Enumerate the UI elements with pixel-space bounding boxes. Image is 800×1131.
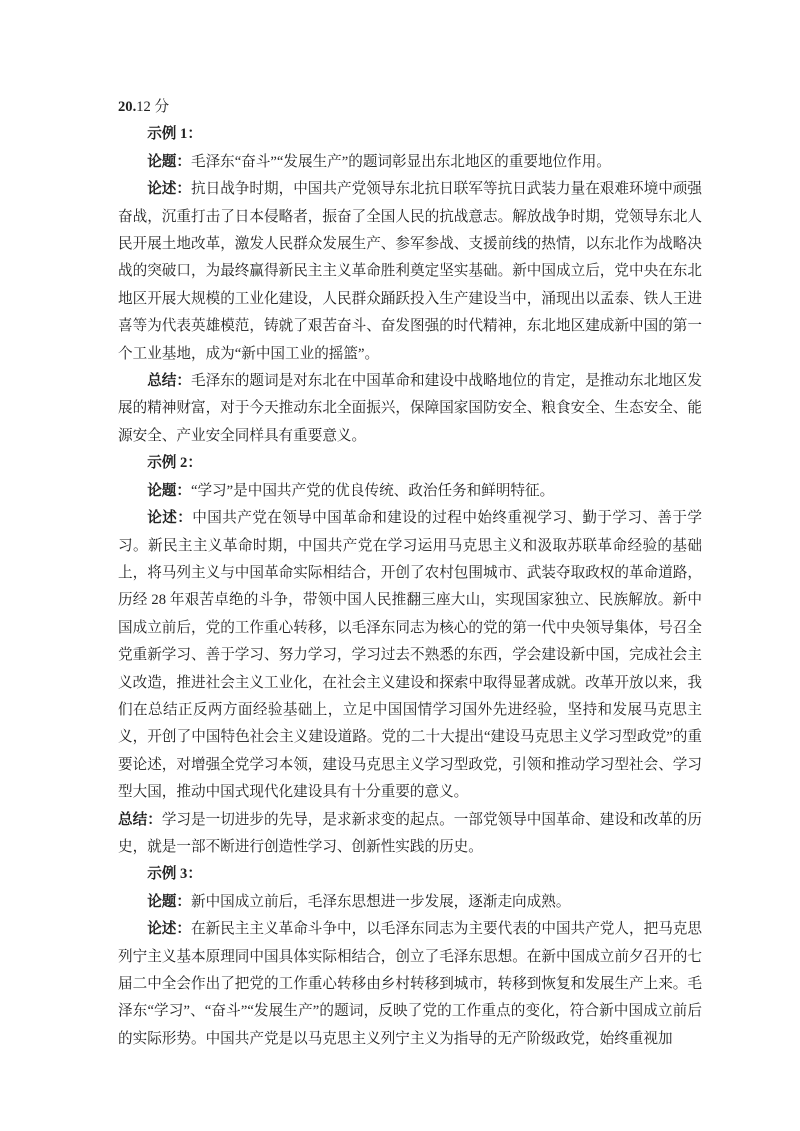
example-1-summary: 总结：毛泽东的题词是对东北在中国革命和建设中战略地位的肯定，是推动东北地区发展的… bbox=[118, 368, 702, 450]
example-1-summary-label: 总结： bbox=[147, 373, 191, 389]
question-number: 20. bbox=[118, 99, 136, 115]
question-header: 20.12 分 bbox=[118, 94, 702, 121]
example-2-discussion-label: 论述： bbox=[147, 510, 192, 526]
example-3-thesis-text: 新中国成立前后，毛泽东思想进一步发展，逐渐走向成熟。 bbox=[191, 894, 570, 910]
example-2-discussion-text: 中国共产党在领导中国革命和建设的过程中始终重视学习、勤于学习、善于学习。新民主主… bbox=[118, 510, 702, 800]
example-1-heading: 示例 1： bbox=[118, 121, 702, 148]
example-2-heading: 示例 2： bbox=[118, 450, 702, 477]
example-3-discussion: 论述：在新民主主义革命斗争中，以毛泽东同志为主要代表的中国共产党人，把马克思列宁… bbox=[118, 916, 702, 1053]
example-3-discussion-text: 在新民主主义革命斗争中，以毛泽东同志为主要代表的中国共产党人，把马克思列宁主义基… bbox=[118, 921, 702, 1047]
example-1-thesis-label: 论题： bbox=[147, 154, 191, 170]
example-1-summary-text: 毛泽东的题词是对东北在中国革命和建设中战略地位的肯定，是推动东北地区发展的精神财… bbox=[118, 373, 702, 444]
example-1-discussion-label: 论述： bbox=[147, 181, 191, 197]
example-1-label: 示例 1： bbox=[147, 126, 202, 142]
example-2-summary: 总结：学习是一切进步的先导，是求新求变的起点。一部党领导中国革命、建设和改革的历… bbox=[118, 807, 702, 862]
document-page: 20.12 分 示例 1： 论题：毛泽东“奋斗”“发展生产”的题词彰显出东北地区… bbox=[0, 0, 800, 1131]
example-2-thesis-text: “学习”是中国共产党的优良传统、政治任务和鲜明特征。 bbox=[191, 483, 554, 499]
example-3-heading: 示例 3： bbox=[118, 861, 702, 888]
example-3-thesis: 论题：新中国成立前后，毛泽东思想进一步发展，逐渐走向成熟。 bbox=[118, 889, 702, 916]
question-score: 12 分 bbox=[136, 99, 169, 115]
example-3-thesis-label: 论题： bbox=[147, 894, 191, 910]
example-2-discussion: 论述：中国共产党在领导中国革命和建设的过程中始终重视学习、勤于学习、善于学习。新… bbox=[118, 505, 702, 806]
example-3-label: 示例 3： bbox=[147, 866, 202, 882]
example-1-discussion: 论述：抗日战争时期，中国共产党领导东北抗日联军等抗日武装力量在艰难环境中顽强奋战… bbox=[118, 176, 702, 368]
example-1-thesis-text: 毛泽东“奋斗”“发展生产”的题词彰显出东北地区的重要地位作用。 bbox=[191, 154, 611, 170]
example-2-thesis-label: 论题： bbox=[147, 483, 191, 499]
example-2-thesis: 论题：“学习”是中国共产党的优良传统、政治任务和鲜明特征。 bbox=[118, 478, 702, 505]
example-2-summary-text: 学习是一切进步的先导，是求新求变的起点。一部党领导中国革命、建设和改革的历史，就… bbox=[118, 812, 702, 855]
example-1-thesis: 论题：毛泽东“奋斗”“发展生产”的题词彰显出东北地区的重要地位作用。 bbox=[118, 149, 702, 176]
document-content: 20.12 分 示例 1： 论题：毛泽东“奋斗”“发展生产”的题词彰显出东北地区… bbox=[118, 94, 702, 1053]
example-1-discussion-text: 抗日战争时期，中国共产党领导东北抗日联军等抗日武装力量在艰难环境中顽强奋战，沉重… bbox=[118, 181, 702, 361]
example-2-summary-label: 总结： bbox=[118, 812, 162, 828]
example-2-label: 示例 2： bbox=[147, 455, 202, 471]
example-3-discussion-label: 论述： bbox=[147, 921, 191, 937]
